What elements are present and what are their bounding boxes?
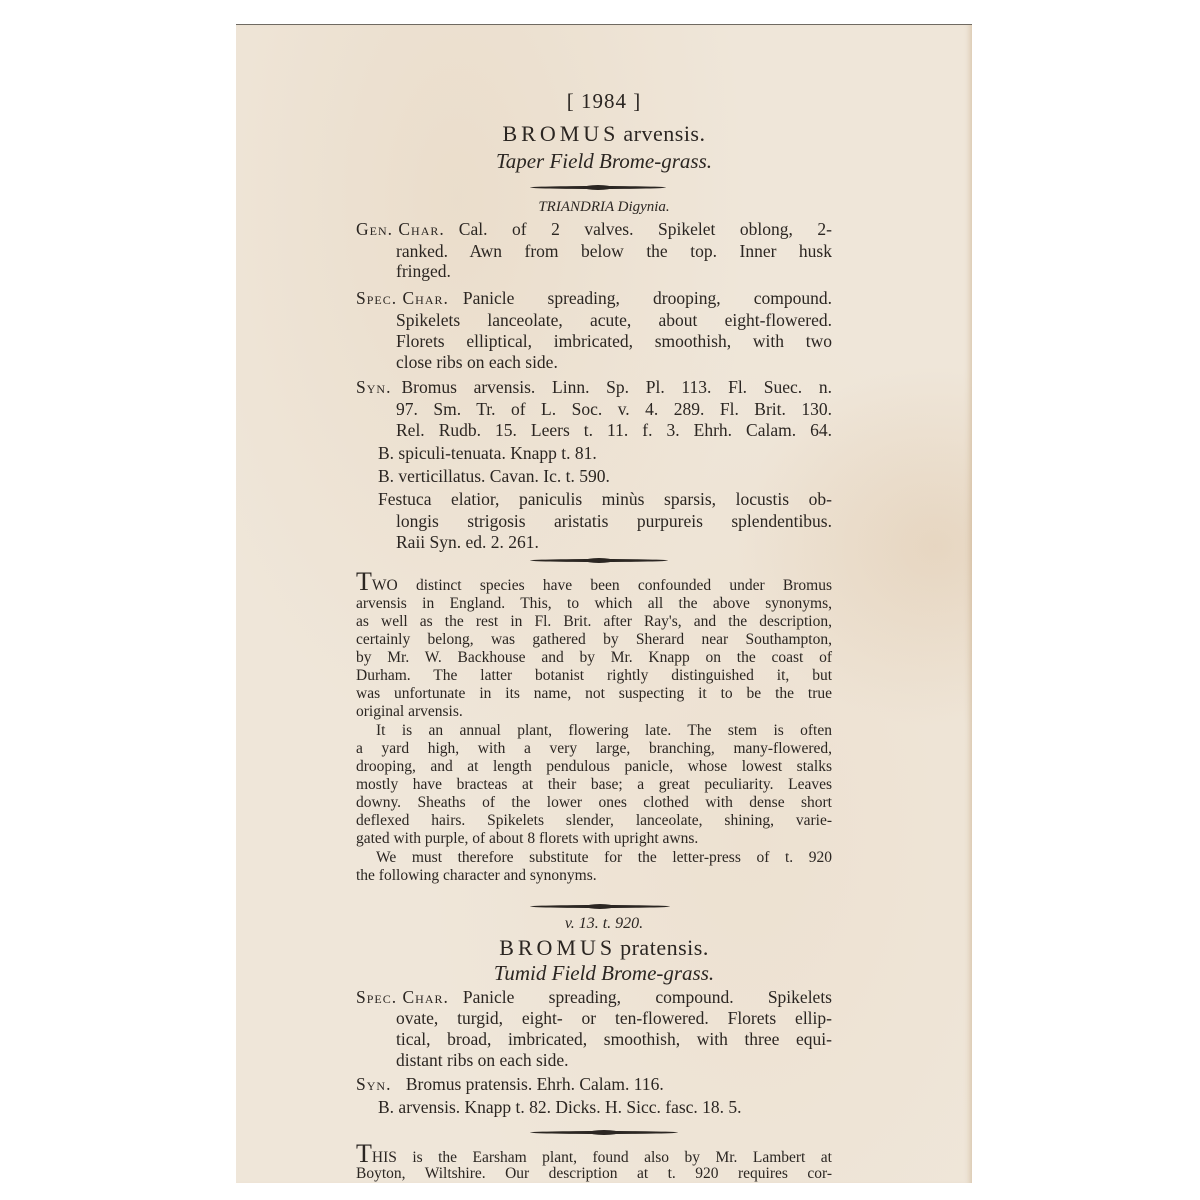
book-page: [ 1984 ] BROMUS arvensis. Taper Field Br…: [236, 24, 972, 1183]
species-name: arvensis.: [623, 121, 705, 146]
ornamental-rule: [530, 905, 670, 908]
body-line: original arvensis.: [356, 703, 463, 721]
spec-char-line: Panicle spreading, compound. Spikelets: [463, 987, 832, 1008]
body-line: drooping, and at length pendulous panicl…: [356, 758, 832, 776]
spec-char-line: Panicle spreading, drooping, compound.: [463, 288, 832, 309]
ornamental-rule: [530, 1131, 678, 1134]
syn-label: Syn.: [356, 377, 391, 398]
drop-cap: T: [356, 569, 372, 595]
body-line: deflexed hairs. Spikelets slender, lance…: [356, 812, 832, 830]
body-line: Boyton, Wiltshire. Our description at t.…: [356, 1165, 832, 1183]
syn-line: Festuca elatior, paniculis minùs sparsis…: [378, 489, 832, 510]
syn-line: Rel. Rudb. 15. Leers t. 11. f. 3. Ehrh. …: [396, 420, 832, 441]
body-line: Durham. The latter botanist rightly dist…: [356, 667, 832, 685]
syn-line: Bromus arvensis. Linn. Sp. Pl. 113. Fl. …: [401, 377, 832, 398]
spec-char-line: Florets elliptical, imbricated, smoothis…: [396, 331, 832, 352]
genus-name: BROMUS: [502, 121, 619, 146]
drop-cap: T: [356, 1141, 372, 1167]
body-line: certainly belong, was gathered by Sherar…: [356, 631, 832, 649]
genus-name: BROMUS: [499, 935, 616, 960]
body-line: We must therefore substitute for the let…: [376, 849, 832, 867]
entry2-title: BROMUS pratensis.: [236, 935, 972, 961]
entry-title: BROMUS arvensis.: [236, 121, 972, 147]
syn-line: B. arvensis. Knapp t. 82. Dicks. H. Sicc…: [378, 1097, 742, 1118]
body-line: by Mr. W. Backhouse and by Mr. Knapp on …: [356, 649, 832, 667]
gen-char-line: fringed.: [396, 261, 451, 282]
spec-char-label: Spec. Char.: [356, 987, 449, 1008]
gen-char-line: Cal. of 2 valves. Spikelet oblong, 2-: [459, 219, 832, 240]
body-line: a yard high, with a very large, branchin…: [356, 740, 832, 758]
body-line: gated with purple, of about 8 florets wi…: [356, 830, 698, 848]
ornamental-rule: [530, 186, 666, 189]
body-line: WO distinct species have been confounded…: [372, 577, 832, 595]
syn-line: Bromus pratensis. Ehrh. Calam. 116.: [406, 1074, 664, 1094]
spec-char-label: Spec. Char.: [356, 288, 449, 309]
body-line: arvensis in England. This, to which all …: [356, 595, 832, 613]
spec-char-line: tical, broad, imbricated, smoothish, wit…: [396, 1029, 832, 1050]
body-line: as well as the rest in Fl. Brit. after R…: [356, 613, 832, 631]
plate-number: [ 1984 ]: [236, 89, 972, 114]
common-name: Taper Field Brome-grass.: [236, 149, 972, 174]
syn-label: Syn.: [356, 1074, 391, 1094]
body-line: It is an annual plant, flowering late. T…: [376, 722, 832, 740]
spec-char-line: distant ribs on each side.: [396, 1050, 569, 1071]
ornamental-rule: [530, 559, 668, 562]
spec-char-line: Spikelets lanceolate, acute, about eight…: [396, 310, 832, 331]
body-line: downy. Sheaths of the lower ones clothed…: [356, 794, 832, 812]
volume-reference: v. 13. t. 920.: [236, 915, 972, 933]
body-line: the following character and synonyms.: [356, 867, 597, 885]
species-name: pratensis.: [620, 935, 709, 960]
syn-line: B. spiculi-tenuata. Knapp t. 81.: [378, 443, 597, 464]
spec-char-line: close ribs on each side.: [396, 352, 558, 373]
gen-char-line: ranked. Awn from below the top. Inner hu…: [396, 241, 832, 262]
classification: TRIANDRIA Digynia.: [236, 199, 972, 216]
common-name: Tumid Field Brome-grass.: [236, 961, 972, 986]
syn-line: longis strigosis aristatis purpureis spl…: [396, 511, 832, 532]
body-line: was unfortunate in its name, not suspect…: [356, 685, 832, 703]
body-line: mostly have bracteas at their base; a gr…: [356, 776, 832, 794]
syn-line: 97. Sm. Tr. of L. Soc. v. 4. 289. Fl. Br…: [396, 399, 832, 420]
syn-line: Raii Syn. ed. 2. 261.: [396, 532, 539, 553]
gen-char-label: Gen. Char.: [356, 219, 445, 240]
syn-line: B. verticillatus. Cavan. Ic. t. 590.: [378, 466, 610, 487]
spec-char-line: ovate, turgid, eight- or ten-flowered. F…: [396, 1008, 832, 1029]
